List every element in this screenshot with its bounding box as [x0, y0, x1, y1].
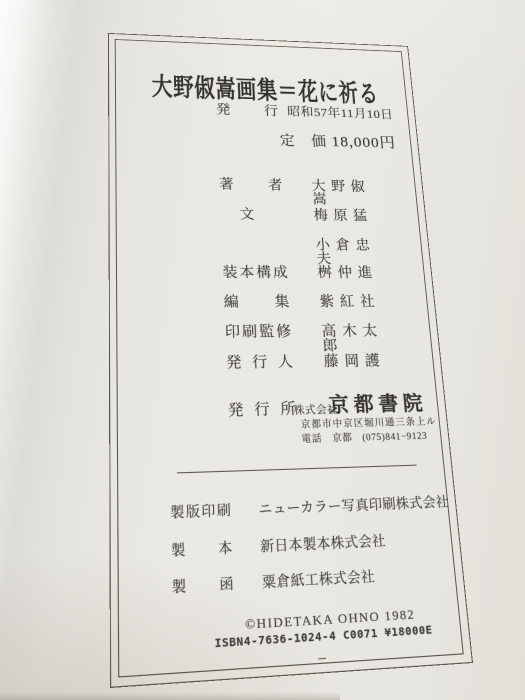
credit-label: 発行人	[226, 355, 294, 371]
issue-label: 発行	[216, 104, 278, 119]
credit-label: 著者	[219, 178, 283, 192]
credit-value: 大野俶嵩	[311, 180, 366, 207]
publisher-label: 発行所	[228, 402, 297, 419]
credit-value: 小倉忠夫	[315, 239, 371, 267]
production-label: 製函	[172, 576, 234, 594]
production-label: 製本	[171, 540, 233, 557]
colophon-block: 大野俶嵩画集＝花に祈る 発行 昭和57年11月10日 定価 18,000円 著者…	[108, 33, 473, 688]
price-label: 定価	[279, 135, 326, 150]
credit-value: 桝仲進	[317, 267, 373, 281]
price-value: 18,000円	[331, 134, 396, 150]
credit-value: 梅原猛	[313, 209, 368, 223]
credit-label: 印刷監修	[225, 325, 292, 340]
book-page-photo: 大野俶嵩画集＝花に祈る 発行 昭和57年11月10日 定価 18,000円 著者…	[0, 0, 525, 700]
credit-value: 藤岡護	[323, 354, 380, 369]
credit-label: 装本構成	[222, 266, 288, 280]
credit-label: 文	[220, 208, 285, 222]
production-label: 製版印刷	[170, 503, 231, 520]
credit-label: 編集	[223, 296, 289, 311]
credit-value: 紫紅社	[319, 295, 375, 309]
credit-value: 高木太郎	[321, 325, 379, 354]
publisher-company-name: 京都書院	[328, 394, 428, 416]
